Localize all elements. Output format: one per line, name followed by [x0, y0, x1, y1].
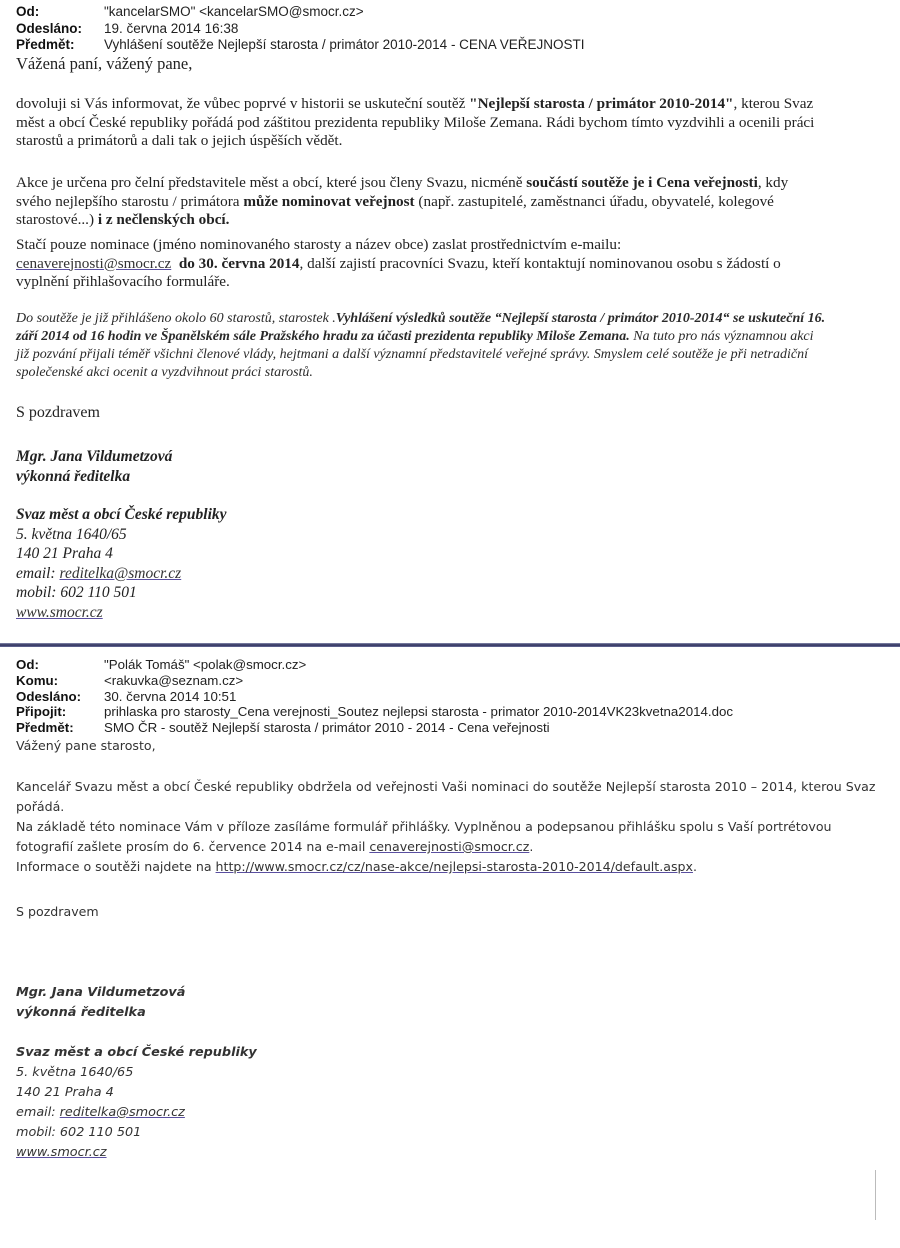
sent-label: Odesláno:: [16, 689, 104, 705]
signature-title: výkonná ředitelka: [16, 1003, 257, 1023]
email2-greeting: Vážený pane starosto,: [16, 736, 156, 756]
sent-value: 30. června 2014 10:51: [104, 689, 236, 705]
email1-paragraph-announcement: Do soutěže je již přihlášeno okolo 60 st…: [16, 310, 826, 382]
emphasis: může nominovat veřejnost: [243, 193, 414, 210]
body-line-3: Informace o soutěži najdete na http://ww…: [16, 857, 876, 877]
email1-from-row: Od: "kancelarSMO" <kancelarSMO@smocr.cz>: [16, 4, 584, 21]
email1-paragraph-intro: dovoluji si Vás informovat, že vůbec pop…: [16, 95, 816, 151]
signature-city: 140 21 Praha 4: [16, 1083, 257, 1103]
emphasis: i z nečlenských obcí.: [98, 211, 230, 228]
from-label: Od:: [16, 657, 104, 673]
email-label: email:: [16, 1105, 60, 1120]
email1-header: Od: "kancelarSMO" <kancelarSMO@smocr.cz>…: [16, 4, 584, 54]
attachment-filename[interactable]: prihlaska pro starosty_Cena verejnosti_S…: [104, 704, 733, 720]
signature-title: výkonná ředitelka: [16, 467, 227, 487]
signature-org: Svaz měst a obcí České republiky: [16, 1043, 257, 1063]
email2-sent-row: Odesláno: 30. června 2014 10:51: [16, 689, 733, 705]
subject-label: Předmět:: [16, 720, 104, 736]
contest-url-link[interactable]: http://www.smocr.cz/cz/nase-akce/nejleps…: [216, 859, 693, 874]
email1-paragraph-nomination: Stačí pouze nominace (jméno nominovaného…: [16, 236, 816, 292]
signature-email-link[interactable]: reditelka@smocr.cz: [59, 565, 181, 582]
text: dovoluji si Vás informovat, že vůbec pop…: [16, 95, 469, 112]
email1-sent-row: Odesláno: 19. června 2014 16:38: [16, 21, 584, 38]
signature-email-row: email: reditelka@smocr.cz: [16, 1103, 257, 1123]
signature-street: 5. května 1640/65: [16, 1063, 257, 1083]
subject-label: Předmět:: [16, 37, 104, 54]
scanned-email-document: Od: "kancelarSMO" <kancelarSMO@smocr.cz>…: [0, 0, 900, 1248]
email1-subject-row: Předmět: Vyhlášení soutěže Nejlepší star…: [16, 37, 584, 54]
text: Do soutěže je již přihlášeno okolo 60 st…: [16, 311, 336, 326]
body-email-link[interactable]: cenaverejnosti@smocr.cz: [369, 839, 529, 854]
scan-artifact: [875, 1170, 876, 1220]
signature-email-link[interactable]: reditelka@smocr.cz: [60, 1105, 185, 1120]
email1-closing: S pozdravem: [16, 404, 100, 423]
signature-name: Mgr. Jana Vildumetzová: [16, 983, 257, 1003]
email1-paragraph-public-award: Akce je určena pro čelní představitele m…: [16, 174, 816, 230]
text: Stačí pouze nominace (jméno nominovaného…: [16, 236, 621, 253]
attachment-label: Připojit:: [16, 704, 104, 720]
email2-closing: S pozdravem: [16, 902, 99, 922]
email1-greeting: Vážená paní, vážený pane,: [16, 55, 192, 74]
signature-org: Svaz měst a obcí České republiky: [16, 505, 227, 525]
email-label: email:: [16, 565, 59, 582]
text: .: [529, 839, 533, 854]
emphasis: součástí soutěže je i Cena veřejnosti: [526, 174, 758, 191]
signature-web-link[interactable]: www.smocr.cz: [16, 1145, 107, 1160]
email-separator-line: [0, 643, 900, 647]
signature-mobile: mobil: 602 110 501: [16, 583, 227, 603]
to-value: <rakuvka@seznam.cz>: [104, 673, 243, 689]
email2-signature: Mgr. Jana Vildumetzová výkonná ředitelka…: [16, 983, 257, 1163]
signature-name: Mgr. Jana Vildumetzová: [16, 447, 227, 467]
signature-web-link[interactable]: www.smocr.cz: [16, 604, 103, 621]
from-value: "kancelarSMO" <kancelarSMO@smocr.cz>: [104, 4, 364, 21]
email2-to-row: Komu: <rakuvka@seznam.cz>: [16, 673, 733, 689]
from-value: "Polák Tomáš" <polak@smocr.cz>: [104, 657, 306, 673]
subject-value: SMO ČR - soutěž Nejlepší starosta / prim…: [104, 720, 550, 736]
sent-value: 19. června 2014 16:38: [104, 21, 238, 38]
email2-attachment-row: Připojit: prihlaska pro starosty_Cena ve…: [16, 704, 733, 720]
email2-subject-row: Předmět: SMO ČR - soutěž Nejlepší staros…: [16, 720, 733, 736]
email2-body: Kancelář Svazu měst a obcí České republi…: [16, 777, 876, 877]
nomination-email-link[interactable]: cenaverejnosti@smocr.cz: [16, 255, 171, 272]
email2-from-row: Od: "Polák Tomáš" <polak@smocr.cz>: [16, 657, 733, 673]
from-label: Od:: [16, 4, 104, 21]
sent-label: Odesláno:: [16, 21, 104, 38]
body-line-1: Kancelář Svazu měst a obcí České republi…: [16, 777, 876, 817]
body-line-2: Na základě této nominace Vám v příloze z…: [16, 817, 876, 857]
deadline: do 30. června 2014: [179, 255, 300, 272]
text: Informace o soutěži najdete na: [16, 859, 216, 874]
signature-email-row: email: reditelka@smocr.cz: [16, 564, 227, 584]
signature-city: 140 21 Praha 4: [16, 544, 227, 564]
email1-signature: Mgr. Jana Vildumetzová výkonná ředitelka…: [16, 447, 227, 622]
signature-street: 5. května 1640/65: [16, 525, 227, 545]
signature-mobile: mobil: 602 110 501: [16, 1123, 257, 1143]
contest-name: "Nejlepší starosta / primátor 2010-2014": [469, 95, 733, 112]
email2-header: Od: "Polák Tomáš" <polak@smocr.cz> Komu:…: [16, 657, 733, 736]
text: .: [693, 859, 697, 874]
to-label: Komu:: [16, 673, 104, 689]
subject-value: Vyhlášení soutěže Nejlepší starosta / pr…: [104, 37, 584, 54]
text: Akce je určena pro čelní představitele m…: [16, 174, 526, 191]
